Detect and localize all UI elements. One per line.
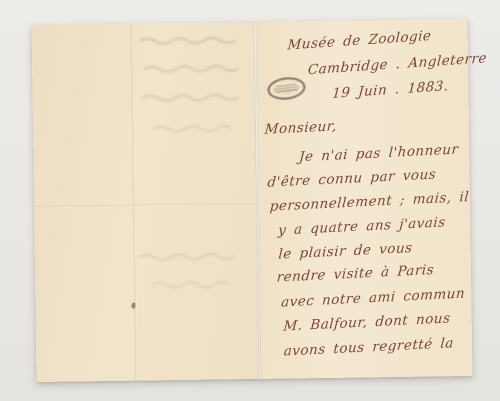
vertical-fold-crease — [131, 24, 138, 381]
letter-sheet: Musée de Zoologie Cambridge . Angleterre… — [32, 19, 473, 382]
body-line: avec notre ami commun — [281, 286, 466, 311]
body-line: d'être connu par vous — [267, 166, 437, 190]
body-line: M. Balfour, dont nous — [283, 310, 451, 334]
body-line: rendre visite à Paris — [276, 262, 434, 286]
written-right-leaf: Musée de Zoologie Cambridge . Angleterre… — [257, 19, 473, 379]
body-line: avons tous regretté la — [283, 335, 454, 359]
body-line: le plaisir de vous — [278, 240, 413, 263]
body-line: Je n'ai pas l'honneur — [299, 141, 460, 165]
paper-blemish — [131, 303, 135, 309]
blank-left-leaf — [32, 22, 259, 382]
ink-showthrough-marks — [32, 22, 259, 382]
horizontal-fold-crease — [34, 203, 256, 208]
letter-photograph: Musée de Zoologie Cambridge . Angleterre… — [0, 0, 500, 401]
letterhead-place: Cambridge . Angleterre — [307, 50, 487, 78]
body-line: y a quatre ans j'avais — [278, 214, 447, 238]
salutation: Monsieur, — [264, 118, 337, 138]
stamp-illegible-text — [273, 82, 300, 95]
letterhead-date: 19 Juin . 1883. — [332, 78, 450, 102]
body-line: personnellement ; mais, il — [269, 189, 469, 215]
letterhead-institution: Musée de Zoologie — [287, 28, 432, 54]
oval-collection-stamp-icon — [266, 75, 306, 101]
